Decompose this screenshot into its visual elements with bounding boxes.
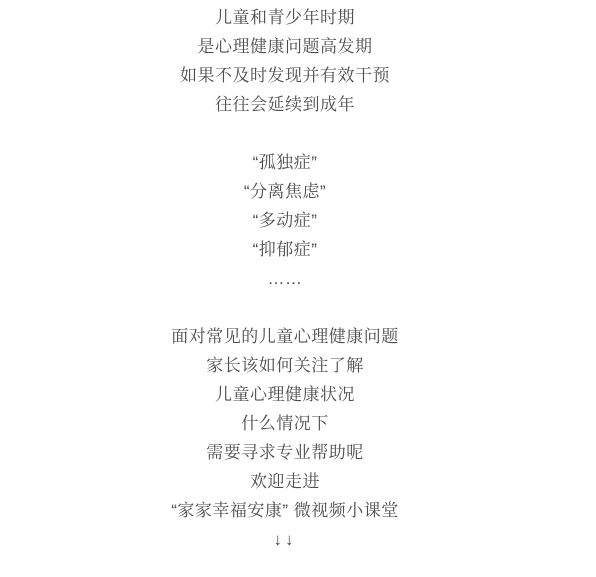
ellipsis-line: …… [0,264,570,293]
outro-line-4: 什么情况下 [0,409,570,438]
outro-line-2: 家长该如何关注了解 [0,351,570,380]
outro-line-3: 儿童心理健康状况 [0,380,570,409]
outro-line-6: 欢迎走进 [0,467,570,496]
article-text-block: 儿童和青少年时期 是心理健康问题高发期 如果不及时发现并有效干预 往往会延续到成… [0,0,570,554]
section-gap [0,119,570,148]
condition-line-depression: “抑郁症” [0,235,570,264]
intro-line-4: 往往会延续到成年 [0,90,570,119]
section-gap [0,293,570,322]
outro-line-7: “家家幸福安康” 微视频小课堂 [0,496,570,525]
intro-line-3: 如果不及时发现并有效干预 [0,61,570,90]
outro-line-5: 需要寻求专业帮助呢 [0,438,570,467]
condition-line-autism: “孤独症” [0,148,570,177]
condition-line-separation-anxiety: “分离焦虑” [0,177,570,206]
down-arrows-icon: ↓↓ [0,525,570,554]
intro-line-1: 儿童和青少年时期 [0,3,570,32]
outro-line-1: 面对常见的儿童心理健康问题 [0,322,570,351]
condition-line-adhd: “多动症” [0,206,570,235]
intro-line-2: 是心理健康问题高发期 [0,32,570,61]
